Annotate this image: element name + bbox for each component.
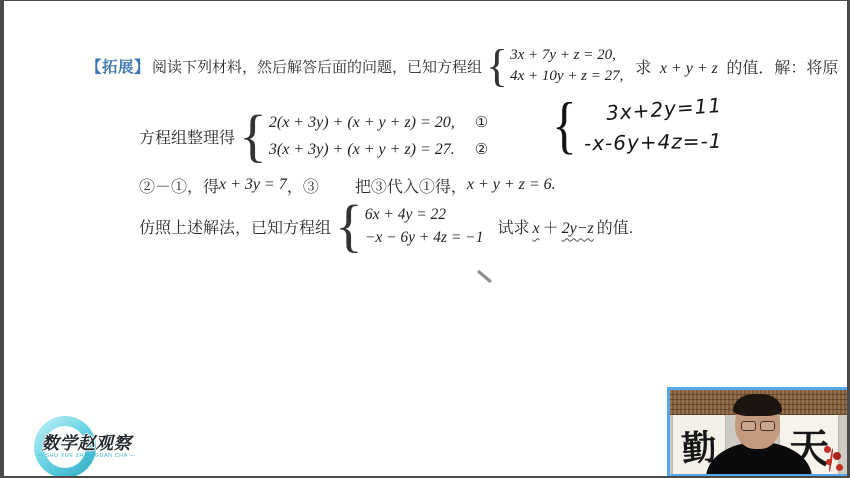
ask1: 求 x + y + z 的值．解：将原 <box>635 55 838 78</box>
circled-2-mark: ② <box>475 140 488 159</box>
ask2-pre: 试求 <box>497 215 529 238</box>
step1-post: ，③ <box>287 174 319 197</box>
system3-eq1: 6x + 4y = 22 <box>365 203 484 226</box>
ask2-expression-x: x <box>532 220 539 238</box>
system3-eq2: −x − 6y + 4z = −1 <box>365 226 484 249</box>
system2-eq1: 2(x + 3y) + (x + y + z) = 20, <box>269 109 455 136</box>
ask1-pre: 求 <box>635 60 651 77</box>
handwritten-annotation: { 3x+2y=11 -x-6y+4z=-1 <box>549 93 722 157</box>
equation-system-1: { 3x + 7y + z = 20, 4x + 10y + z = 27, <box>486 43 623 89</box>
ask1-expression: x + y + z <box>660 60 718 77</box>
red-flowers-decoration <box>820 442 846 474</box>
handwritten-eq1: 3x+2y=11 <box>605 92 723 124</box>
presenter-glasses <box>741 421 775 431</box>
glasses-lens <box>741 421 756 431</box>
glasses-lens <box>760 421 775 431</box>
exercise-label: 仿照上述解法，已知方程组 <box>139 215 331 238</box>
step1-pre: ②－①，得 <box>139 174 219 197</box>
logo-subtitle: — SHU XUE ZHAO GUAN CHA — <box>14 453 159 459</box>
handwritten-brace: { <box>552 93 577 157</box>
equation-system-3: { 6x + 4y = 22 −x − 6y + 4z = −1 <box>335 197 483 255</box>
ask2: 试求 x ＋ 2y−z 的值. <box>497 215 633 238</box>
rearrange-label: 方程组整理得 <box>139 125 235 148</box>
handwritten-eq2: -x-6y+4z=-1 <box>584 128 723 154</box>
system2-eq2: 3(x + 3y) + (x + y + z) = 27. <box>269 136 455 163</box>
circled-1-mark: ① <box>475 113 488 132</box>
intro-text: 阅读下列材料，然后解答后面的问题，已知方程组 <box>152 56 482 77</box>
step2-pre: 把③代入①得， <box>355 174 467 197</box>
left-brace: { <box>335 197 363 255</box>
video-frame: 【拓展】 阅读下列材料，然后解答后面的问题，已知方程组 { 3x + 7y + … <box>4 1 847 476</box>
logo-title: 数学赵观察 <box>14 430 159 455</box>
ask1-post: 的值．解：将原 <box>726 60 838 77</box>
pen-stroke-mark <box>477 270 492 283</box>
ask2-expression-rest: 2y−z <box>562 220 594 238</box>
system1-eq1: 3x + 7y + z = 20, <box>510 45 623 66</box>
equation-system-2: { 2(x + 3y) + (x + y + z) = 20, ① 3(x + … <box>239 107 488 165</box>
ask2-plus: ＋ <box>543 215 559 238</box>
problem-intro-line: 【拓展】 阅读下列材料，然后解答后面的问题，已知方程组 { 3x + 7y + … <box>86 39 838 93</box>
left-brace: { <box>239 107 267 165</box>
step1-equation: x + 3y = 7 <box>219 176 287 194</box>
system1-eq2: 4x + 10y + z = 27, <box>510 66 623 87</box>
extension-tag: 【拓展】 <box>86 55 150 77</box>
presenter-hair <box>733 394 782 416</box>
step2-equation: x + y + z = 6. <box>467 176 556 194</box>
exercise-line: 仿照上述解法，已知方程组 { 6x + 4y = 22 −x − 6y + 4z… <box>139 200 633 252</box>
channel-logo: 数学赵观察 — SHU XUE ZHAO GUAN CHA — <box>14 407 159 476</box>
left-brace: { <box>486 43 508 89</box>
ask2-post: 的值. <box>597 215 633 238</box>
webcam-video: 勤 道 天 <box>667 387 847 476</box>
rearranged-system-line: 方程组整理得 { 2(x + 3y) + (x + y + z) = 20, ①… <box>139 105 488 167</box>
